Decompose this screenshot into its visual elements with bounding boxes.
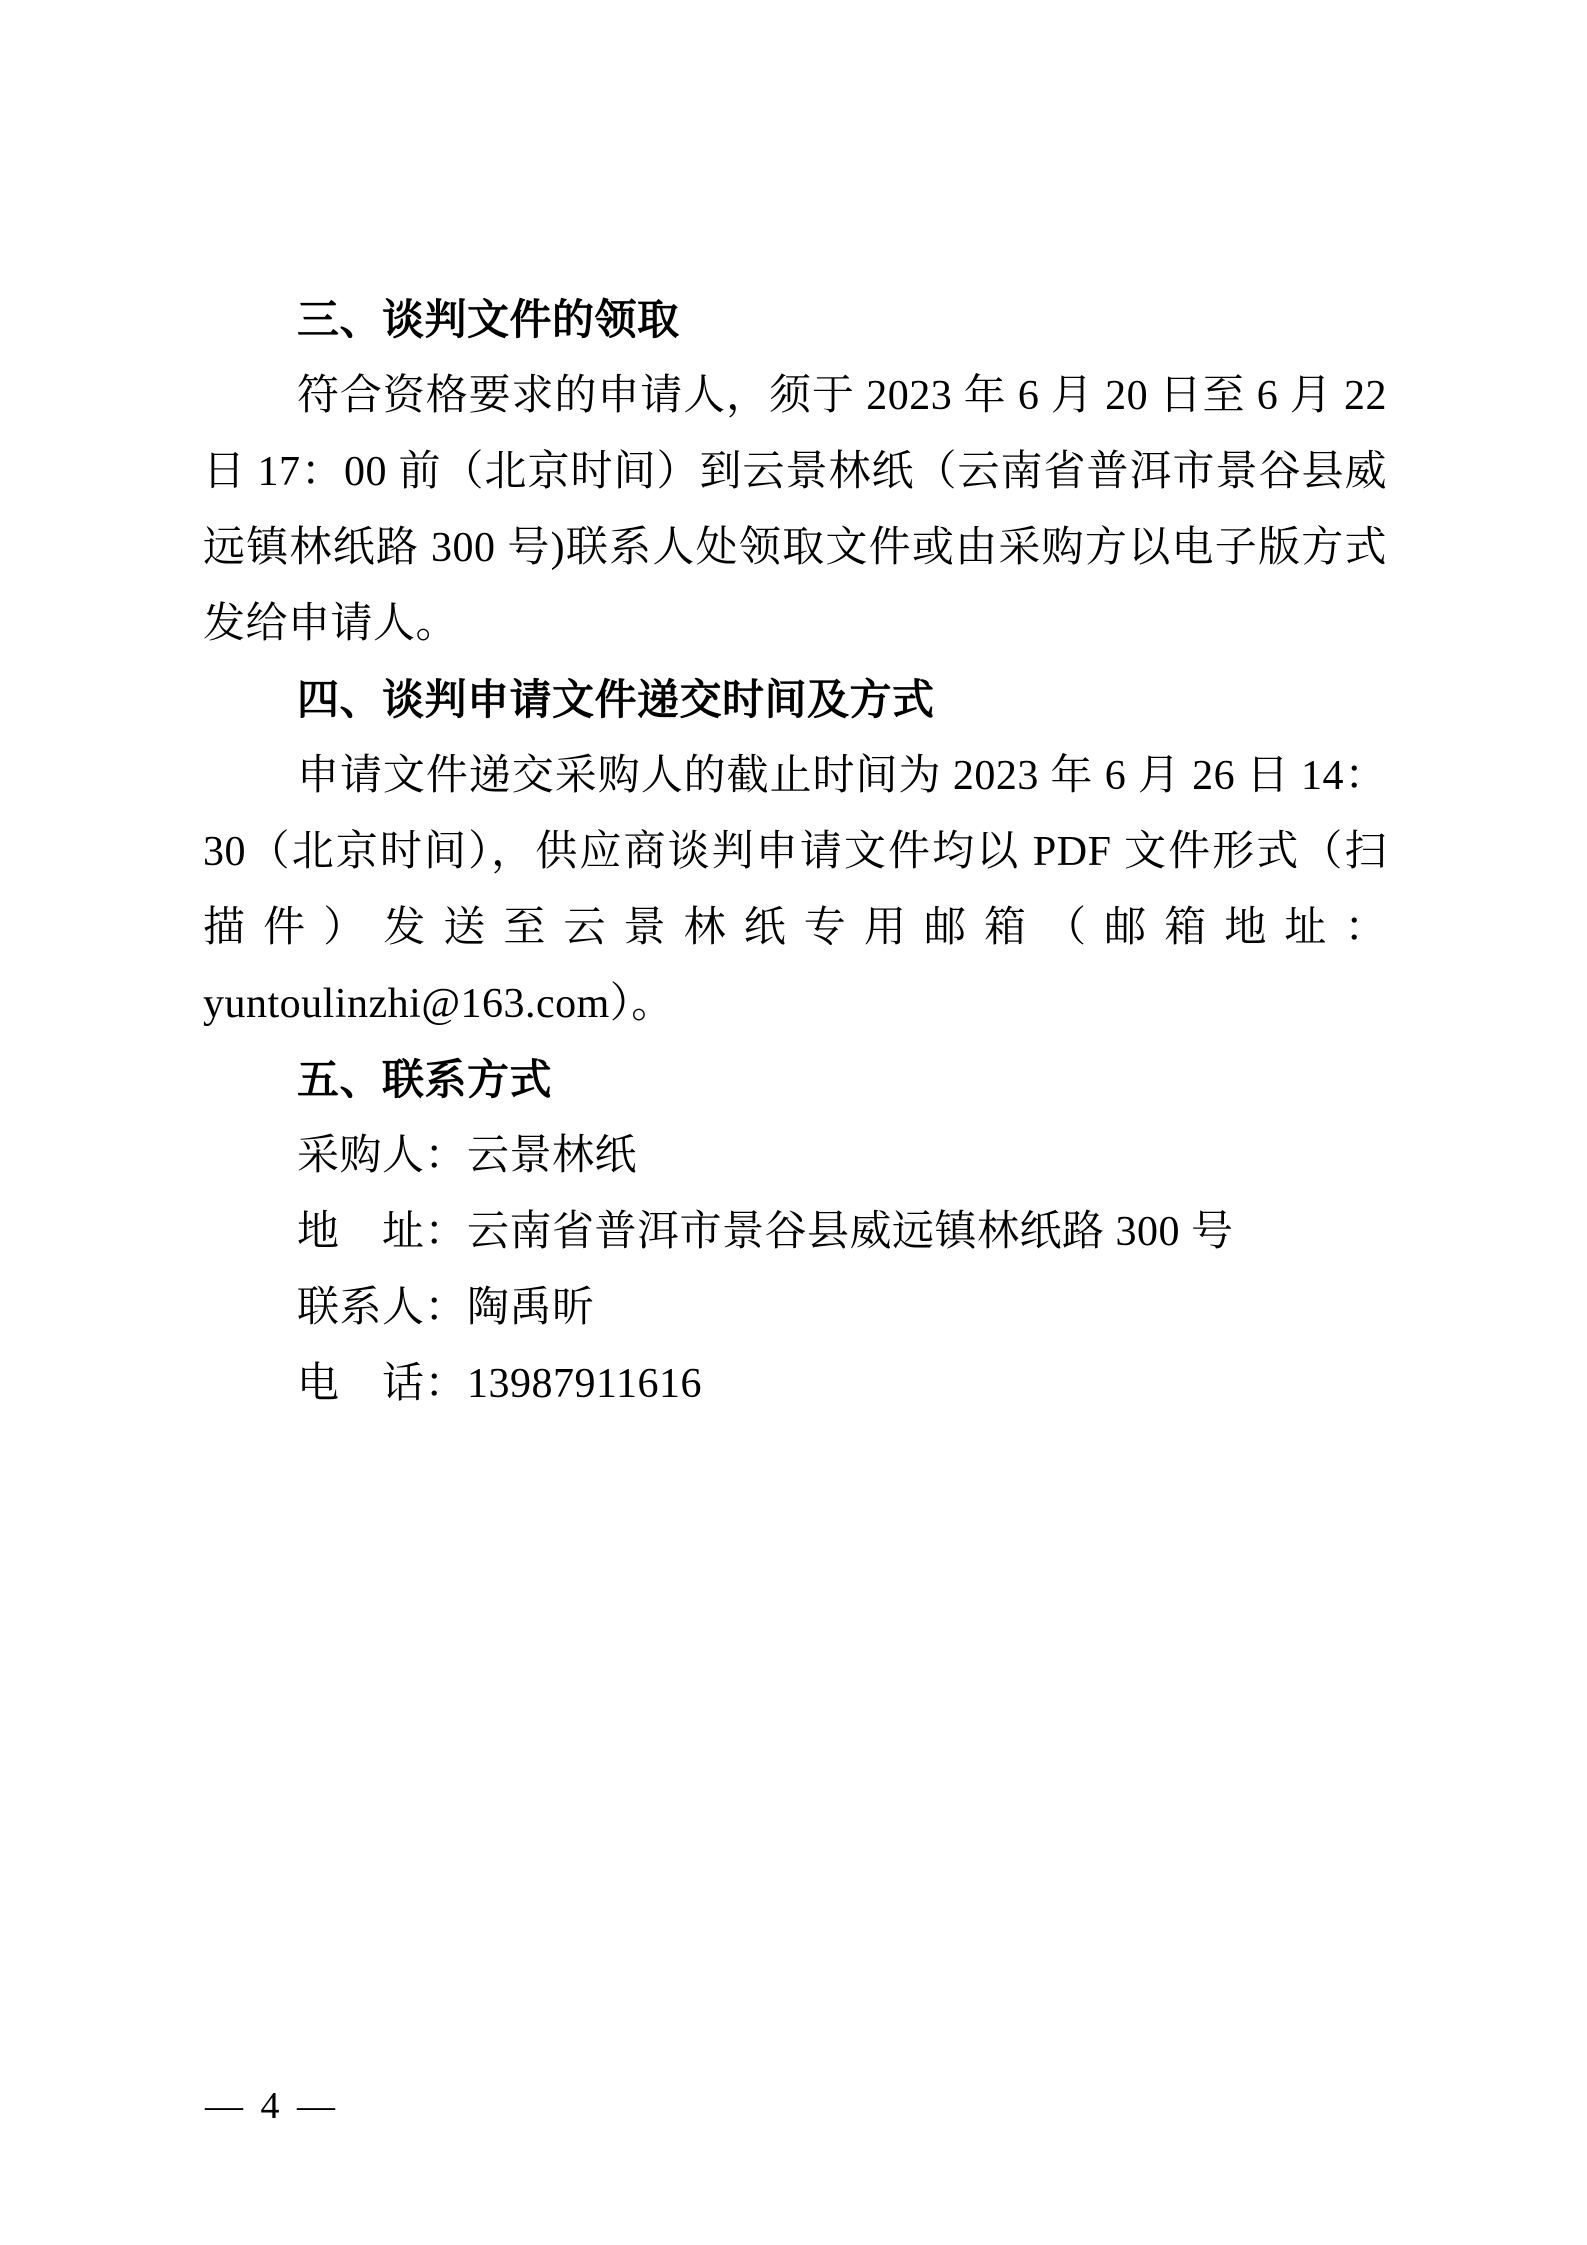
page-number: — 4 — (205, 2086, 335, 2126)
section-3-paragraph-line-3: 远镇林纸路 300 号)联系人处领取文件或由采购方以电子版方式 (203, 510, 1387, 586)
section-4-paragraph-line-3: 描件）发送至云景林纸专用邮箱（邮箱地址： (203, 890, 1387, 966)
section-5-heading: 五、联系方式 (203, 1042, 1387, 1118)
contact-phone-value: 13987911616 (467, 1361, 702, 1407)
section-3-heading: 三、谈判文件的领取 (203, 282, 1387, 358)
section-4-heading: 四、谈判申请文件递交时间及方式 (203, 662, 1387, 738)
contact-person-line: 联系人：陶禹昕 (203, 1270, 1387, 1346)
contact-purchaser-line: 采购人：云景林纸 (203, 1118, 1387, 1194)
section-4-paragraph-line-1: 申请文件递交采购人的截止时间为 2023 年 6 月 26 日 14： (203, 738, 1387, 814)
section-3-paragraph-line-1: 符合资格要求的申请人，须于 2023 年 6 月 20 日至 6 月 22 (203, 358, 1387, 434)
contact-address-label: 地 址： (297, 1209, 467, 1255)
section-3-paragraph-line-2: 日 17：00 前（北京时间）到云景林纸（云南省普洱市景谷县威 (203, 434, 1387, 510)
contact-phone-label: 电 话： (297, 1361, 467, 1407)
document-page: 三、谈判文件的领取 符合资格要求的申请人，须于 2023 年 6 月 20 日至… (0, 0, 1587, 2245)
contact-purchaser-label: 采购人： (297, 1133, 467, 1179)
document-body: 三、谈判文件的领取 符合资格要求的申请人，须于 2023 年 6 月 20 日至… (203, 282, 1387, 1422)
contact-phone-line: 电 话：13987911616 (203, 1346, 1387, 1422)
contact-purchaser-value: 云景林纸 (467, 1133, 637, 1179)
contact-person-label: 联系人： (297, 1285, 467, 1331)
contact-person-value: 陶禹昕 (467, 1285, 595, 1331)
section-4-paragraph-line-2: 30（北京时间），供应商谈判申请文件均以 PDF 文件形式（扫 (203, 814, 1387, 890)
contact-address-line: 地 址：云南省普洱市景谷县威远镇林纸路 300 号 (203, 1194, 1387, 1270)
section-4-paragraph-line-4: yuntoulinzhi@163.com）。 (203, 966, 1387, 1042)
section-3-paragraph-line-4: 发给申请人。 (203, 586, 1387, 662)
contact-address-value: 云南省普洱市景谷县威远镇林纸路 300 号 (467, 1209, 1234, 1255)
